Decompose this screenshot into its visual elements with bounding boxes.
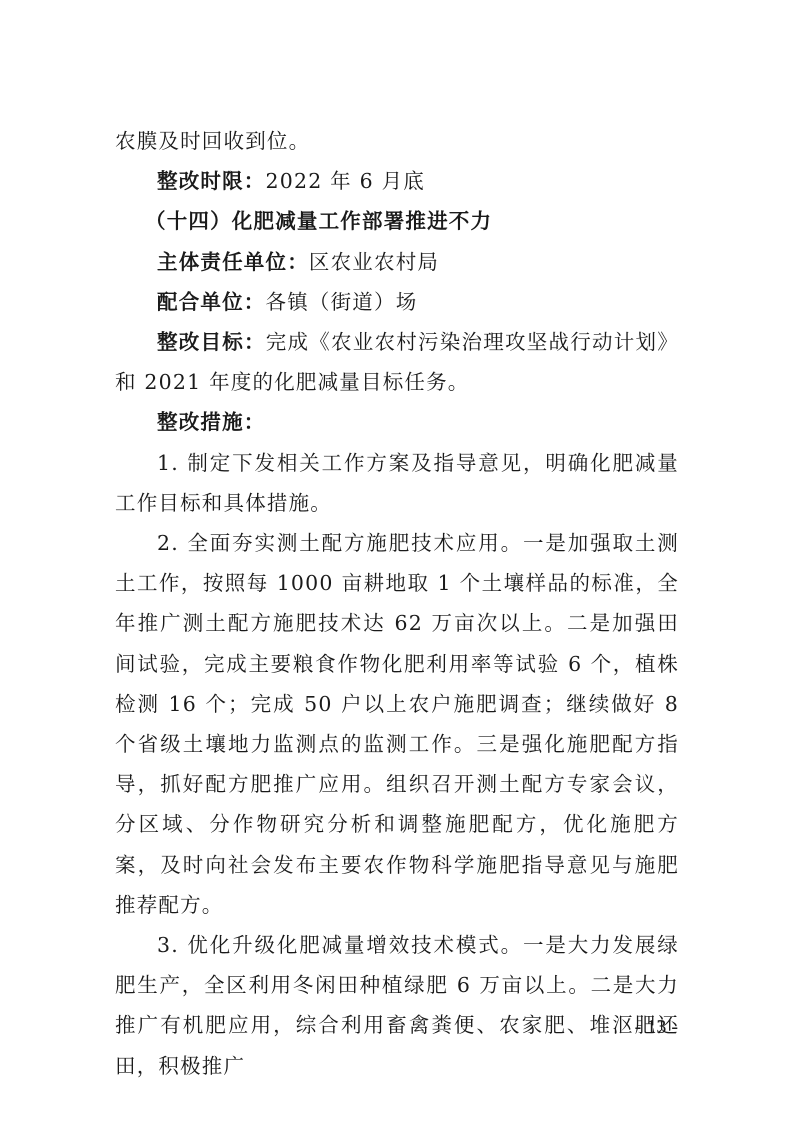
measure-item-1: 1. 制定下发相关工作方案及指导意见，明确化肥减量工作目标和具体措施。 <box>115 443 679 523</box>
section-heading: （十四）化肥减量工作部署推进不力 <box>115 201 679 241</box>
document-body: 农膜及时回收到位。 整改时限：2022 年 6 月底 （十四）化肥减量工作部署推… <box>115 121 679 1086</box>
continuation-text: 农膜及时回收到位。 <box>115 121 679 161</box>
responsible-value: 区农业农村局 <box>309 250 439 274</box>
measure-item-2: 2. 全面夯实测土配方施肥技术应用。一是加强取土测土工作，按照每 1000 亩耕… <box>115 523 679 925</box>
goal-label: 整改目标： <box>157 330 266 354</box>
deadline-label: 整改时限： <box>157 169 266 193</box>
cooperating-value: 各镇（街道）场 <box>266 290 418 314</box>
cooperating-label: 配合单位： <box>157 290 266 314</box>
responsible-line: 主体责任单位：区农业农村局 <box>115 242 679 282</box>
goal-paragraph: 整改目标：完成《农业农村污染治理攻坚战行动计划》和 2021 年度的化肥减量目标… <box>115 322 679 402</box>
deadline-value: 2022 年 6 月底 <box>266 169 425 193</box>
page-number: - 13 - <box>635 1016 678 1039</box>
deadline-line: 整改时限：2022 年 6 月底 <box>115 161 679 201</box>
measure-item-3: 3. 优化升级化肥减量增效技术模式。一是大力发展绿肥生产，全区利用冬闲田种植绿肥… <box>115 925 679 1086</box>
cooperating-line: 配合单位：各镇（街道）场 <box>115 282 679 322</box>
measures-heading: 整改措施： <box>115 402 679 442</box>
responsible-label: 主体责任单位： <box>157 250 309 274</box>
